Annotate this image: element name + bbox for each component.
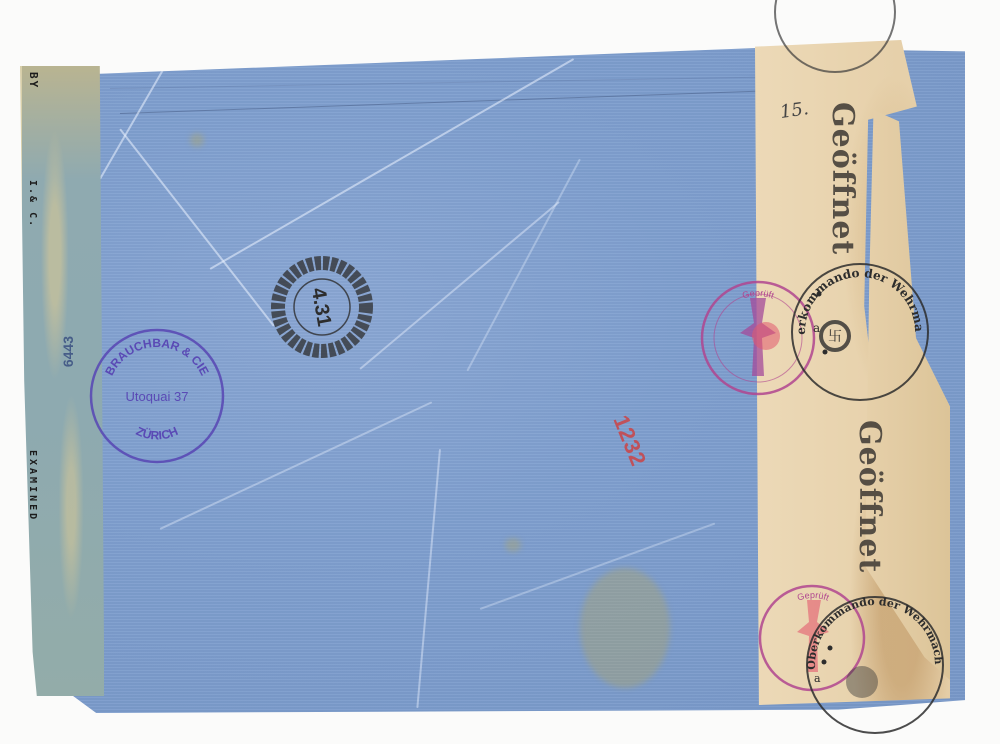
wehrmacht-letter-lower: a xyxy=(814,672,821,685)
envelope-photo: BY I.& C. EXAMINED 6443 BRAUCHBAR & CIE … xyxy=(0,0,1000,744)
crease xyxy=(210,58,575,270)
svg-text:ZÜRICH: ZÜRICH xyxy=(134,424,180,443)
svg-text:Oberkommando der Wehrmacht: Oberkommando der Wehrmacht xyxy=(797,580,945,670)
wehrmacht-ring-text: Oberkommando der Wehrmacht xyxy=(780,241,926,335)
censor-label-lower: Geöffnet xyxy=(852,420,887,573)
sender-stamp: BRAUCHBAR & CIE Utoquai 37 ZÜRICH xyxy=(88,327,226,465)
sender-city: ZÜRICH xyxy=(134,424,180,443)
handwritten-number: 15. xyxy=(779,98,810,123)
crease xyxy=(119,128,274,326)
wehrmacht-letter: a xyxy=(813,321,820,335)
censor-label-upper: Geöffnet xyxy=(825,102,860,255)
tape-label-top: BY xyxy=(27,72,40,89)
partial-stamp-top xyxy=(770,2,900,82)
stain xyxy=(505,538,521,552)
postmark-date: 4.31 xyxy=(307,286,335,328)
wehrmacht-censor-stamp-lower: Oberkommando der Wehrmacht a xyxy=(800,590,950,710)
crease xyxy=(359,201,559,370)
stain xyxy=(190,133,204,147)
tape-label-bottom: EXAMINED xyxy=(27,450,38,522)
flap-edge xyxy=(110,76,810,89)
wehrmacht-censor-stamp-upper: Oberkommando der Wehrmacht 卐 a xyxy=(785,252,935,412)
crease xyxy=(99,5,201,179)
crease xyxy=(416,449,441,708)
sender-address: Utoquai 37 xyxy=(126,389,189,404)
svg-text:Oberkommando der Wehrmacht: Oberkommando der Wehrmacht xyxy=(780,241,926,335)
wehrmacht-ring-text-lower: Oberkommando der Wehrmacht xyxy=(797,580,945,670)
flap-fold xyxy=(120,91,760,114)
tape-number: 6443 xyxy=(60,336,76,367)
stain xyxy=(580,568,670,688)
tape-label-middle: I.& C. xyxy=(27,180,38,228)
svg-text:卐: 卐 xyxy=(828,329,842,345)
postmark: 4.31 xyxy=(272,258,372,356)
